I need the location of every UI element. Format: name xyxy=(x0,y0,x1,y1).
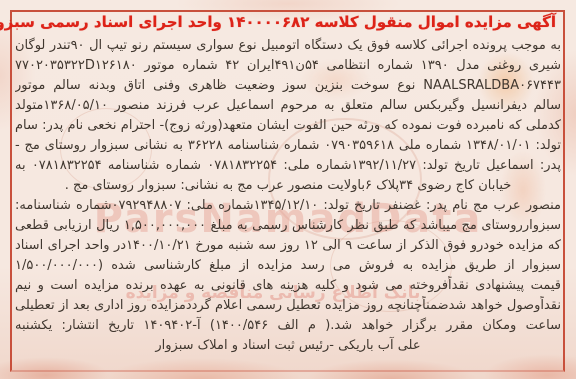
signature-registrar: علی آب باریکی -رئیس ثبت اسناد و املاک سب… xyxy=(0,338,576,353)
notice-line: سالم دیفرانسیل وگیربکس سالم متعلق به مرح… xyxy=(15,96,561,116)
notice-body: به موجب پرونده اجرائی کلاسه فوق یک دستگا… xyxy=(15,36,561,336)
notice-line: شیری روغنی مدل ۱۳۹۰ شماره انتظامی ۵۴ن۴۹۱… xyxy=(15,56,561,76)
notice-line: ساعت ومکان مقرر برگزار خواهد شد.( م الف … xyxy=(15,316,561,336)
notice-line: قیمت پیشنهادی نقداًفروخته می شود و کلیه … xyxy=(15,276,561,296)
notice-line: خیابان کاج رضوی ۳۴پلاک ۶باولایت منصور عر… xyxy=(15,176,561,196)
notice-line: تولد: ۱۳۴۸/۰۱/۰۱ شماره ملی ۰۷۹۰۳۵۹۶۱۸ شم… xyxy=(15,136,561,156)
notice-line: سبزوار از طریق مزایده به فروش می رسد مزا… xyxy=(15,256,561,276)
notice-line: کدملی که نامبرده فوت نموده که ورثه حین ا… xyxy=(15,116,561,136)
notice-line: سبزوارروستای مج میباشد که طبق نظر کارشنا… xyxy=(15,216,561,236)
notice-line: NAALSRALDBA۰۶۷۴۴۳ نوع سوخت بنزین سوز وضع… xyxy=(15,76,561,96)
notice-line: نقداًوصول خواهد شدضمناًچنانچه روز مزایده… xyxy=(15,296,561,316)
notice-line: پدر: اسماعیل تاریخ تولد: ۱۳۹۲/۱۱/۲۷شماره… xyxy=(15,156,561,176)
notice-line: به موجب پرونده اجرائی کلاسه فوق یک دستگا… xyxy=(15,36,561,56)
notice-line: منصور عرب مج نام پدر: غضنفر تاریخ تولد: … xyxy=(15,196,561,216)
scanned-auction-notice: ParsNamadData بانک اطلاع رسانی مناقصه و … xyxy=(0,0,576,379)
notice-line: که مزایده خودرو فوق الذکر از ساعت ۹ الی … xyxy=(15,236,561,256)
notice-title: آگهی مزایده اموال منقول کلاسه ۱۴۰۰۰۰۶۸۲ … xyxy=(20,13,556,31)
